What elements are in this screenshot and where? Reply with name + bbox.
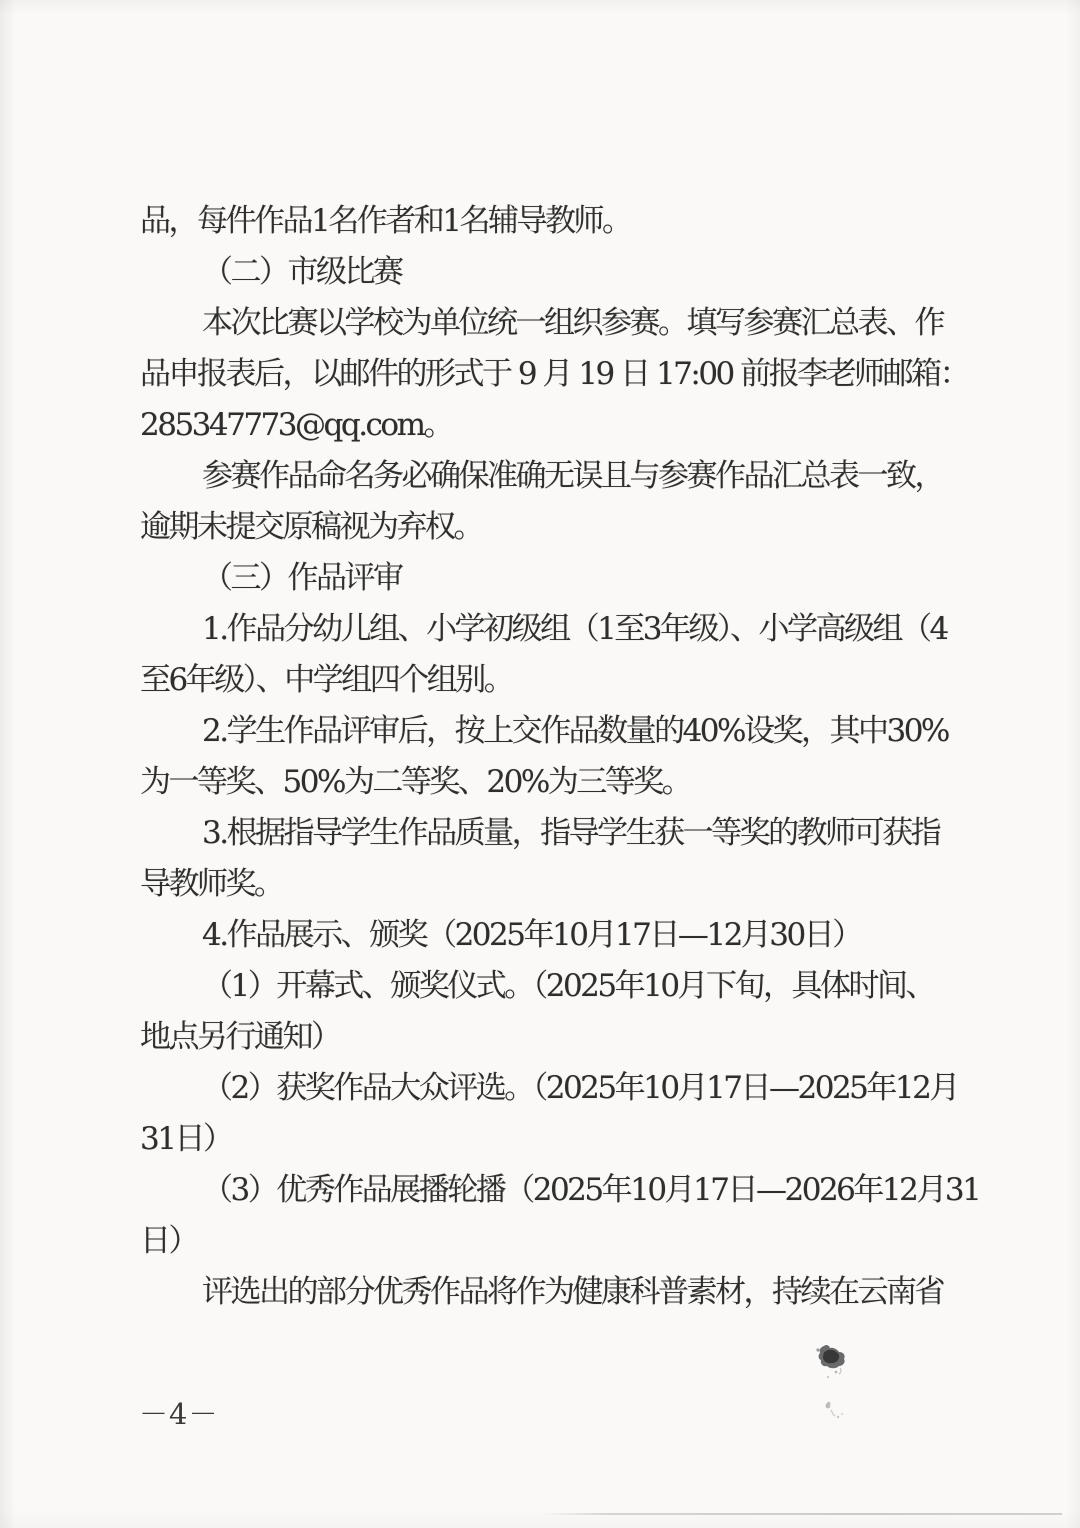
text-line: 逾期未提交原稿视为弃权。 [140,502,950,553]
text-line: （二）市级比赛 [140,247,950,298]
text-line: （3）优秀作品展播轮播（2025年10月17日—2026年12月31 [140,1165,950,1216]
text-line: 导教师奖。 [140,859,950,910]
text-line: （1）开幕式、颁奖仪式。（2025年10月下旬，具体时间、 [140,961,950,1012]
text-line: 1.作品分幼儿组、小学初级组（1至3年级）、小学高级组（4 [140,604,950,655]
text-line: 品，每件作品1名作者和1名辅导教师。 [140,196,950,247]
scan-artifact-line [543,1513,1062,1515]
document-page: 品，每件作品1名作者和1名辅导教师。 （二）市级比赛 本次比赛以学校为单位统一组… [0,0,1080,1528]
paper-speck [146,1232,151,1236]
text-line: 2.学生作品评审后，按上交作品数量的40%设奖，其中30% [140,706,950,757]
text-line: 本次比赛以学校为单位统一组织参赛。填写参赛汇总表、作 [140,298,950,349]
page-number: －4－ [139,1396,218,1432]
text-line: 地点另行通知） [140,1012,950,1063]
text-line: 31日） [140,1114,950,1165]
text-line: 品申报表后，以邮件的形式于 9 月 19 日 17:00 前报李老师邮箱： [140,349,950,400]
text-line: （三）作品评审 [140,553,950,604]
text-line: （2）获奖作品大众评选。（2025年10月17日—2025年12月 [140,1063,950,1114]
ink-smudge [806,1340,854,1396]
text-line: 评选出的部分优秀作品将作为健康科普素材，持续在云南省 [140,1267,950,1318]
text-line: 为一等奖、50%为二等奖、20%为三等奖。 [140,757,950,808]
document-body: 品，每件作品1名作者和1名辅导教师。 （二）市级比赛 本次比赛以学校为单位统一组… [140,196,950,1318]
text-line: 至6年级）、中学组四个组别。 [140,655,950,706]
ink-speck [818,1398,852,1432]
text-line: 285347773@qq.com。 [140,400,950,451]
text-line: 参赛作品命名务必确保准确无误且与参赛作品汇总表一致， [140,451,950,502]
text-line: 日） [140,1216,950,1267]
text-line: 3.根据指导学生作品质量，指导学生获一等奖的教师可获指 [140,808,950,859]
text-line: 4.作品展示、颁奖（2025年10月17日—12月30日） [140,910,950,961]
